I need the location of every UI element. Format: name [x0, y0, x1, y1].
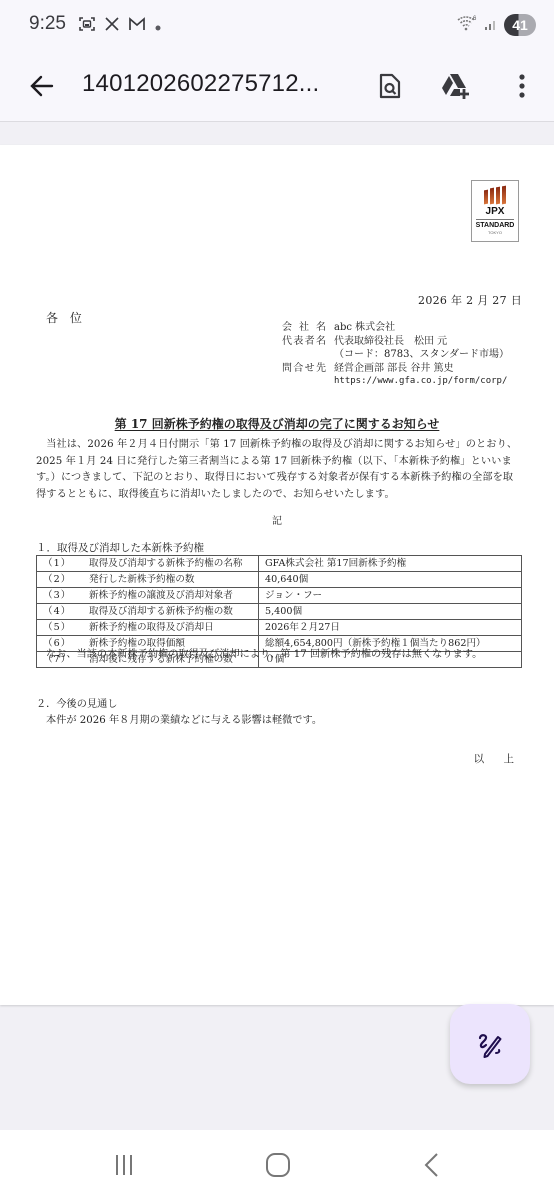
row-number: （4） [43, 605, 89, 619]
row-label: 新株予約権の譲渡及び消却対象者 [89, 590, 233, 601]
logo-brand: JPX [486, 206, 505, 217]
row-label-cell: （4）取得及び消却する新株予約権の数 [37, 604, 259, 620]
sender-row-url: https://www.gfa.co.jp/form/corp/ [282, 375, 509, 389]
back-arrow-icon [28, 72, 56, 100]
wifi-6-icon: 6 [456, 14, 478, 36]
save-to-drive-icon [440, 72, 472, 100]
notification-icons [78, 15, 162, 37]
more-vert-icon [518, 73, 526, 99]
back-button[interactable] [24, 68, 60, 104]
logo-city: TOKYO [488, 230, 502, 235]
signal-icon [484, 16, 498, 35]
battery-indicator: 41 [504, 14, 536, 36]
sender-row-contact: 問合せ先 経営企画部 部長 谷井 篤史 [282, 362, 509, 376]
heading-text: 第 17 回新株予約権の取得及び消却の完了に関するお知らせ [115, 417, 440, 431]
find-in-document-button[interactable] [372, 68, 408, 104]
table-row: （4）取得及び消却する新株予約権の数 5,400個 [37, 604, 522, 620]
annotate-fab[interactable] [450, 1004, 530, 1084]
contact-url[interactable]: https://www.gfa.co.jp/form/corp/ [334, 375, 507, 389]
home-button[interactable] [258, 1150, 298, 1180]
table-row: （3）新株予約権の譲渡及び消却対象者 ジョン・フー [37, 588, 522, 604]
table-row: （5）新株予約権の取得及び消却日 2026年２月27日 [37, 620, 522, 636]
logo-divider [476, 219, 514, 220]
row-number: （5） [43, 621, 89, 635]
closing-mark: 以 上 [474, 751, 522, 766]
sender-value: 経営企画部 部長 谷井 篤史 [334, 362, 454, 376]
system-icons: 6 41 [456, 14, 536, 36]
sender-value: 代表取締役社長 松田 元 [334, 335, 447, 349]
recents-button[interactable] [104, 1150, 144, 1180]
section2-body: 本件が 2026 年８月期の業績などに与える影響は軽微です。 [46, 711, 322, 726]
recents-icon [112, 1153, 136, 1177]
document-title: 1401202602275712... [82, 70, 319, 98]
sender-label: 会 社 名 [282, 321, 326, 335]
row-label: 取得及び消却する新株予約権の名称 [89, 558, 243, 569]
system-nav-bar [0, 1130, 554, 1200]
addressee: 各 位 [46, 309, 86, 326]
row-number: （3） [43, 589, 89, 603]
row-label-cell: （3）新株予約権の譲渡及び消却対象者 [37, 588, 259, 604]
dot-icon [154, 17, 162, 36]
row-value-cell: 5,400個 [259, 604, 522, 620]
screenshot-icon [78, 15, 96, 37]
more-options-button[interactable] [504, 68, 540, 104]
sender-row-representative: 代表者名 代表取締役社長 松田 元 [282, 335, 509, 349]
app-bar: 1401202602275712... [0, 52, 554, 122]
sender-label [282, 375, 326, 389]
nav-back-button[interactable] [412, 1150, 452, 1180]
pdf-viewer[interactable]: JPX STANDARD TOKYO 2026 年 2 月 27 日 各 位 会… [0, 122, 554, 1130]
logo-market: STANDARD [476, 222, 515, 230]
table-row: （1）取得及び消却する新株予約権の名称 GFA株式会社 第17回新株予約権 [37, 556, 522, 572]
row-number: （1） [43, 557, 89, 571]
sender-block: 会 社 名 abc 株式会社 代表者名 代表取締役社長 松田 元 （コード：87… [282, 321, 509, 389]
sender-value: abc 株式会社 [334, 321, 395, 335]
jpx-logo-icon [484, 186, 506, 204]
status-bar: 9:25 6 41 [0, 0, 554, 52]
sender-label: 問合せ先 [282, 362, 326, 376]
find-in-document-icon [377, 72, 403, 100]
section1-title: １．取得及び消却した本新株予約権 [36, 540, 204, 555]
row-value-cell: GFA株式会社 第17回新株予約権 [259, 556, 522, 572]
save-to-drive-button[interactable] [438, 68, 474, 104]
sender-label [282, 348, 326, 362]
section1-note: なお、当該の本新株予約権の取得及び消却により、第 17 回新株予約権の残存は無く… [46, 645, 482, 660]
sender-row-code: （コード：8783、スタンダード市場） [282, 348, 509, 362]
home-icon [265, 1152, 291, 1178]
document-date: 2026 年 2 月 27 日 [418, 292, 522, 308]
document-heading: 第 17 回新株予約権の取得及び消却の完了に関するお知らせ [0, 415, 554, 432]
sender-value: （コード：8783、スタンダード市場） [334, 348, 509, 362]
row-label: 新株予約権の取得及び消却日 [89, 622, 214, 633]
x-icon [104, 16, 120, 36]
row-label: 取得及び消却する新株予約権の数 [89, 606, 233, 617]
row-value-cell: 2026年２月27日 [259, 620, 522, 636]
table-row: （2）発行した新株予約権の数 40,640個 [37, 572, 522, 588]
row-label-cell: （2）発行した新株予約権の数 [37, 572, 259, 588]
row-label: 発行した新株予約権の数 [89, 574, 195, 585]
row-label-cell: （1）取得及び消却する新株予約権の名称 [37, 556, 259, 572]
row-value-cell: 40,640個 [259, 572, 522, 588]
sender-row-company: 会 社 名 abc 株式会社 [282, 321, 509, 335]
jpx-standard-logo: JPX STANDARD TOKYO [471, 180, 519, 242]
row-label-cell: （5）新株予約権の取得及び消却日 [37, 620, 259, 636]
row-number: （2） [43, 573, 89, 587]
row-value-cell: ジョン・フー [259, 588, 522, 604]
pdf-page: JPX STANDARD TOKYO 2026 年 2 月 27 日 各 位 会… [0, 145, 554, 1005]
sender-label: 代表者名 [282, 335, 326, 349]
svg-text:6: 6 [473, 16, 477, 22]
section2-title: ２．今後の見通し [36, 695, 118, 710]
ki-marker: 記 [0, 512, 554, 527]
back-icon [422, 1152, 442, 1178]
gmail-icon [128, 16, 146, 36]
status-time: 9:25 [29, 13, 66, 35]
annotate-pen-icon [475, 1029, 505, 1059]
intro-paragraph: 当社は、2026 年２月４日付開示「第 17 回新株予約権の取得及び消却に関する… [36, 437, 522, 503]
